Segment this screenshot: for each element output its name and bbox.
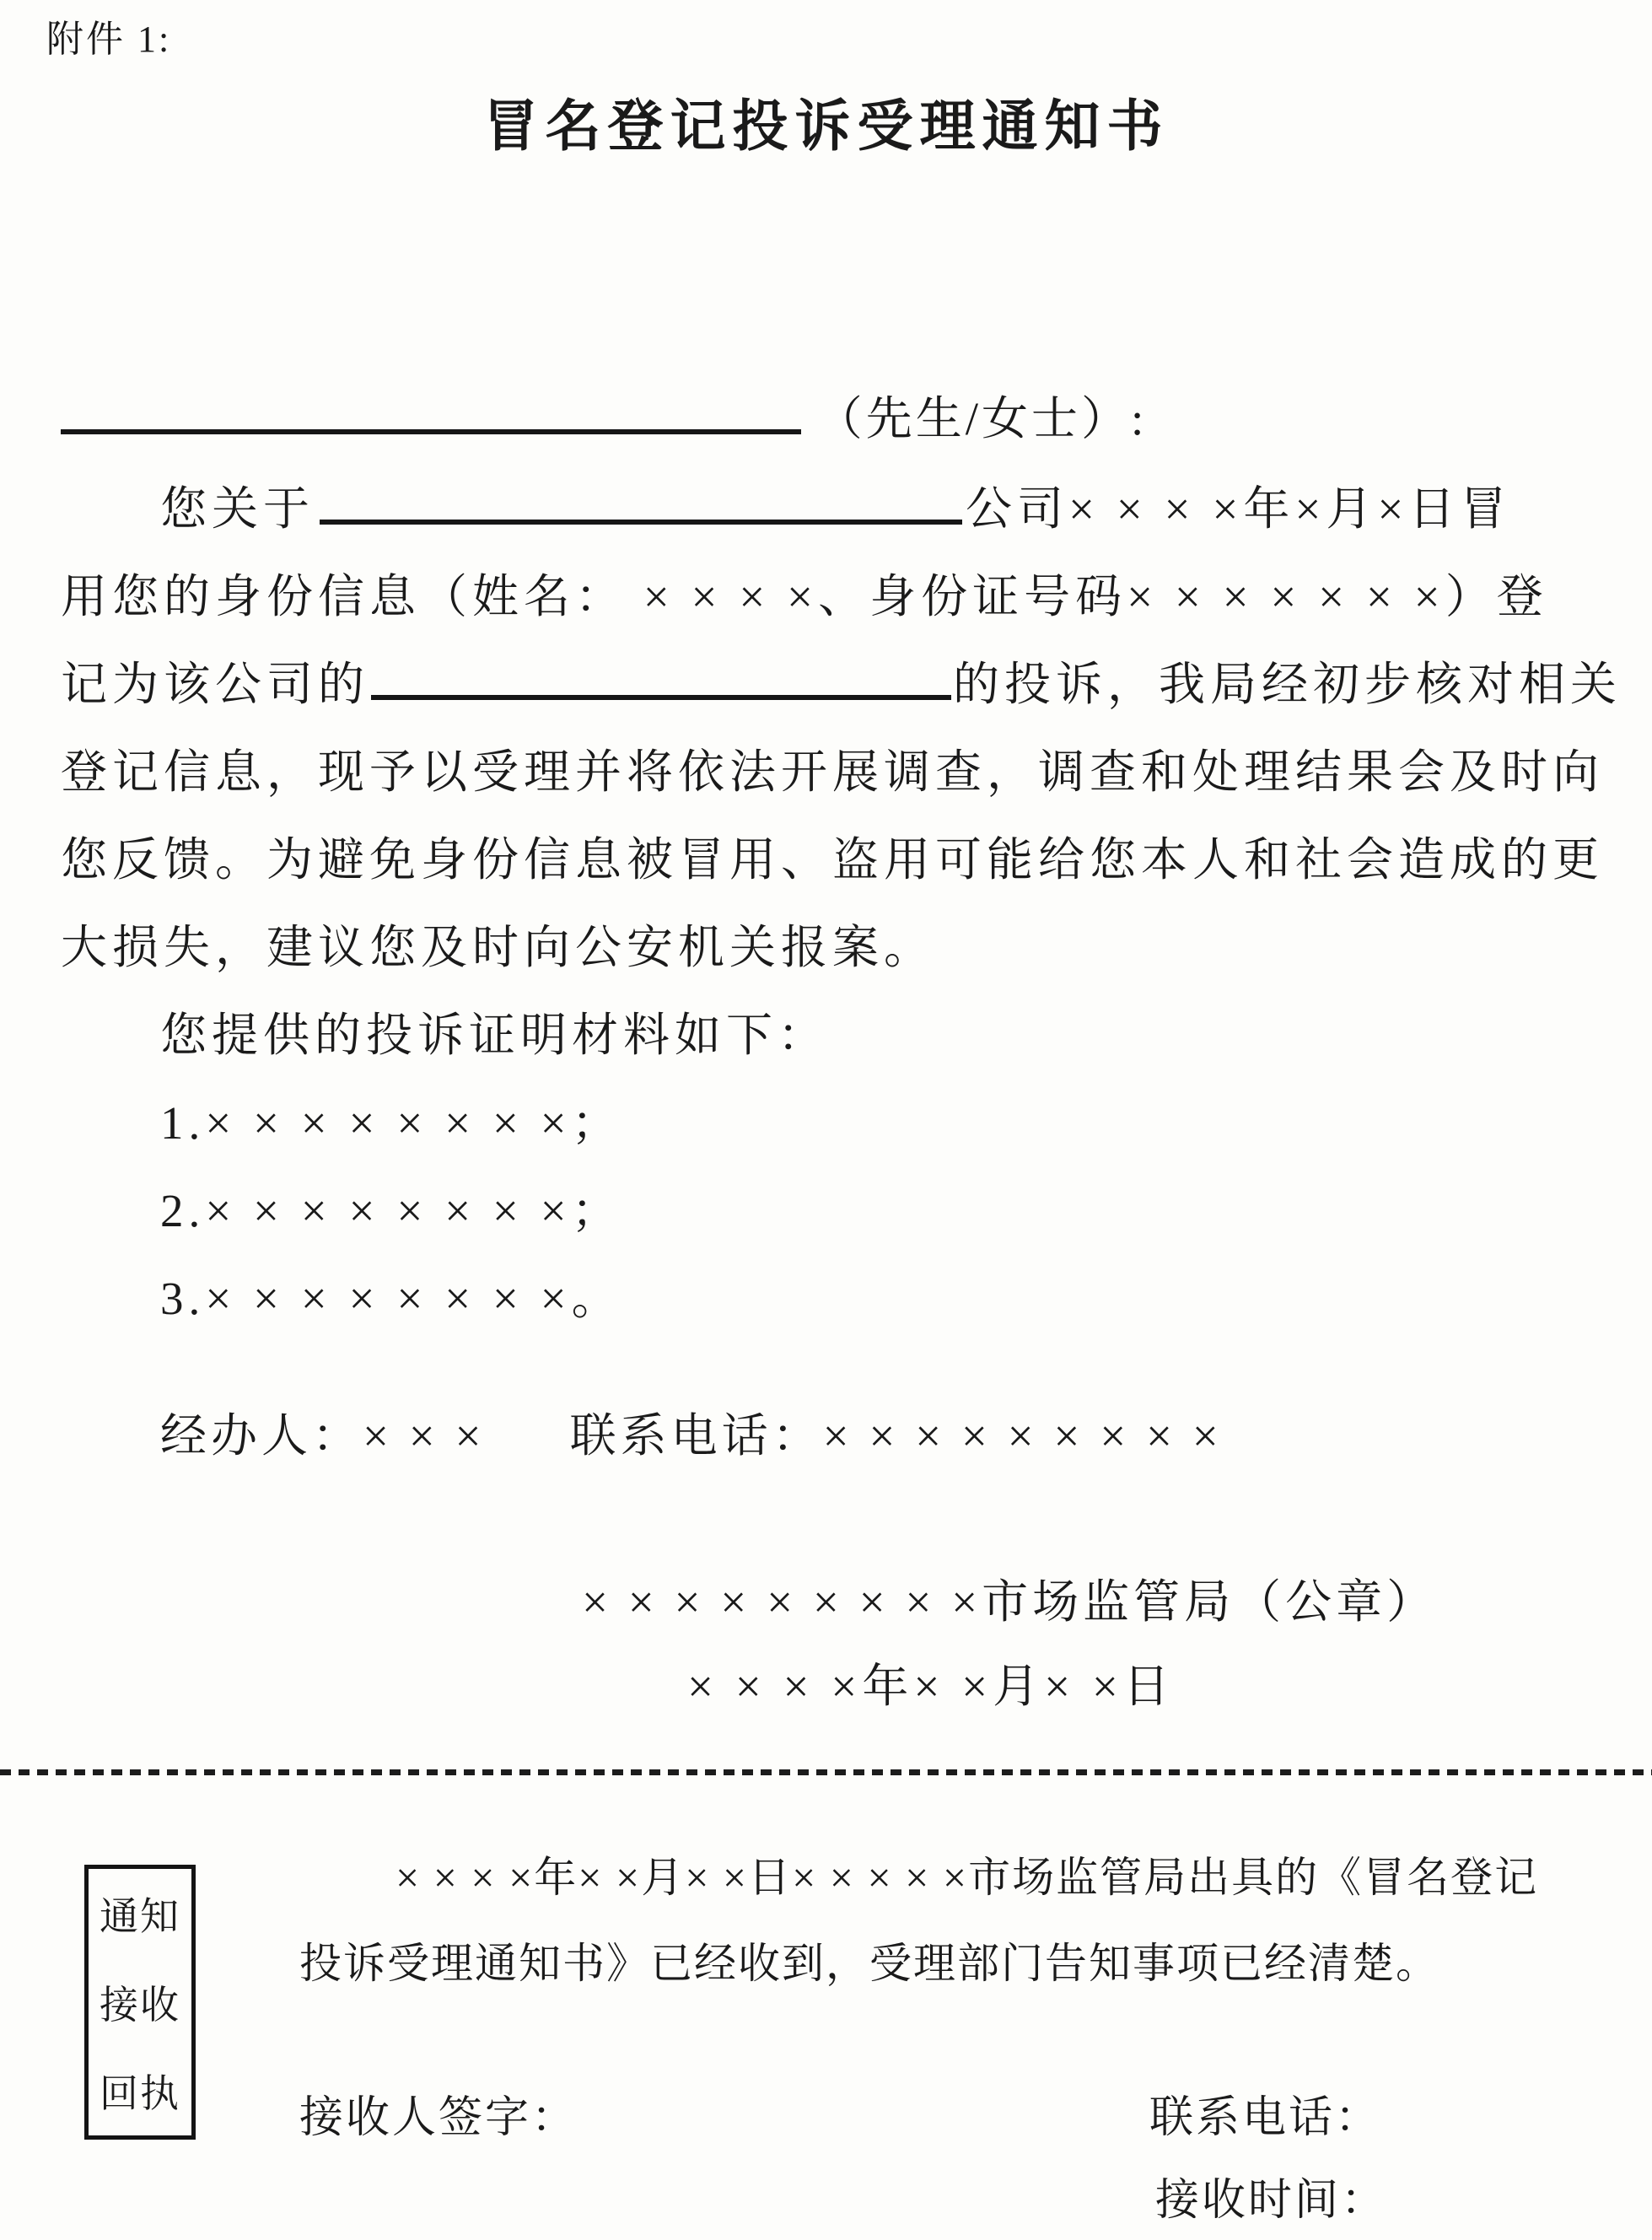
handler-phone-label: 联系电话： xyxy=(570,1410,823,1462)
body-line-6: 大损失，建议您及时向公安机关报案。 xyxy=(61,904,1622,992)
evidence-item-3: 3.× × × × × × × ×。 xyxy=(61,1255,1622,1343)
document-title: 冒名登记投诉受理通知书 xyxy=(0,81,1652,161)
evidence-intro: 您提供的投诉证明材料如下： xyxy=(61,992,1622,1080)
attachment-label: 附件 1: xyxy=(46,8,171,62)
role-blank-underline xyxy=(371,651,951,700)
body-line-1: 您关于公司× × × ×年×月×日冒 xyxy=(61,466,1622,553)
company-blank-underline xyxy=(320,476,962,525)
scanned-notice-document: 附件 1: 冒名登记投诉受理通知书 （先生/女士）: 您关于公司× × × ×年… xyxy=(0,0,1652,2240)
receive-time-label: 接收时间： xyxy=(1155,2164,1387,2227)
salutation-suffix: （先生/女士）: xyxy=(816,393,1148,444)
receipt-box-label-1: 通知 xyxy=(100,1886,180,1941)
body-line-2: 用您的身份信息（姓名： × × × ×、身份证号码× × × × × × ×）登 xyxy=(61,553,1622,641)
receipt-stub-box: 通知 接收 回执 xyxy=(84,1865,196,2140)
notice-body-paragraph: 您关于公司× × × ×年×月×日冒 用您的身份信息（姓名： × × × ×、身… xyxy=(61,466,1622,1343)
receipt-body-line-1: × × × ×年× ×月× ×日× × × × ×市场监管局出具的《冒名登记 xyxy=(396,1844,1538,1904)
receiver-phone-label: 联系电话： xyxy=(1149,2081,1381,2145)
receipt-body-line-2: 投诉受理通知书》已经收到，受理部门告知事项已经清楚。 xyxy=(299,1930,1439,1990)
body-line-3: 记为该公司的的投诉，我局经初步核对相关 xyxy=(61,641,1622,729)
receipt-box-label-3: 回执 xyxy=(100,2063,180,2119)
evidence-item-2: 2.× × × × × × × ×； xyxy=(61,1167,1622,1255)
tear-off-dashed-divider xyxy=(0,1769,1652,1775)
addressee-blank-underline xyxy=(61,385,801,434)
body-line-4: 登记信息，现予以受理并将依法开展调查，调查和处理结果会及时向 xyxy=(61,729,1622,816)
salutation-line: （先生/女士）: xyxy=(61,381,1147,448)
receiver-signature-label: 接收人签字： xyxy=(299,2081,578,2145)
handler-label: 经办人： xyxy=(160,1410,363,1462)
body-line-5: 您反馈。为避免身份信息被冒用、盗用可能给您本人和社会造成的更 xyxy=(61,816,1622,904)
handler-contact-line: 经办人：× × ×联系电话：× × × × × × × × × xyxy=(160,1398,1223,1465)
receipt-box-label-2: 接收 xyxy=(100,1974,180,2030)
issue-date-line: × × × ×年× ×月× ×日 xyxy=(687,1649,1175,1715)
handler-value: × × × xyxy=(363,1410,486,1462)
evidence-item-1: 1.× × × × × × × ×； xyxy=(61,1080,1622,1167)
body-line-1-post: 公司× × × ×年×月×日冒 xyxy=(966,483,1511,535)
body-line-3-pre: 记为该公司的 xyxy=(61,659,369,710)
handler-phone-value: × × × × × × × × × xyxy=(823,1410,1223,1462)
body-line-1-pre: 您关于 xyxy=(160,483,315,535)
body-line-3-post: 的投诉，我局经初步核对相关 xyxy=(953,659,1622,710)
authority-stamp-line: × × × × × × × × ×市场监管局（公章） xyxy=(582,1564,1437,1631)
